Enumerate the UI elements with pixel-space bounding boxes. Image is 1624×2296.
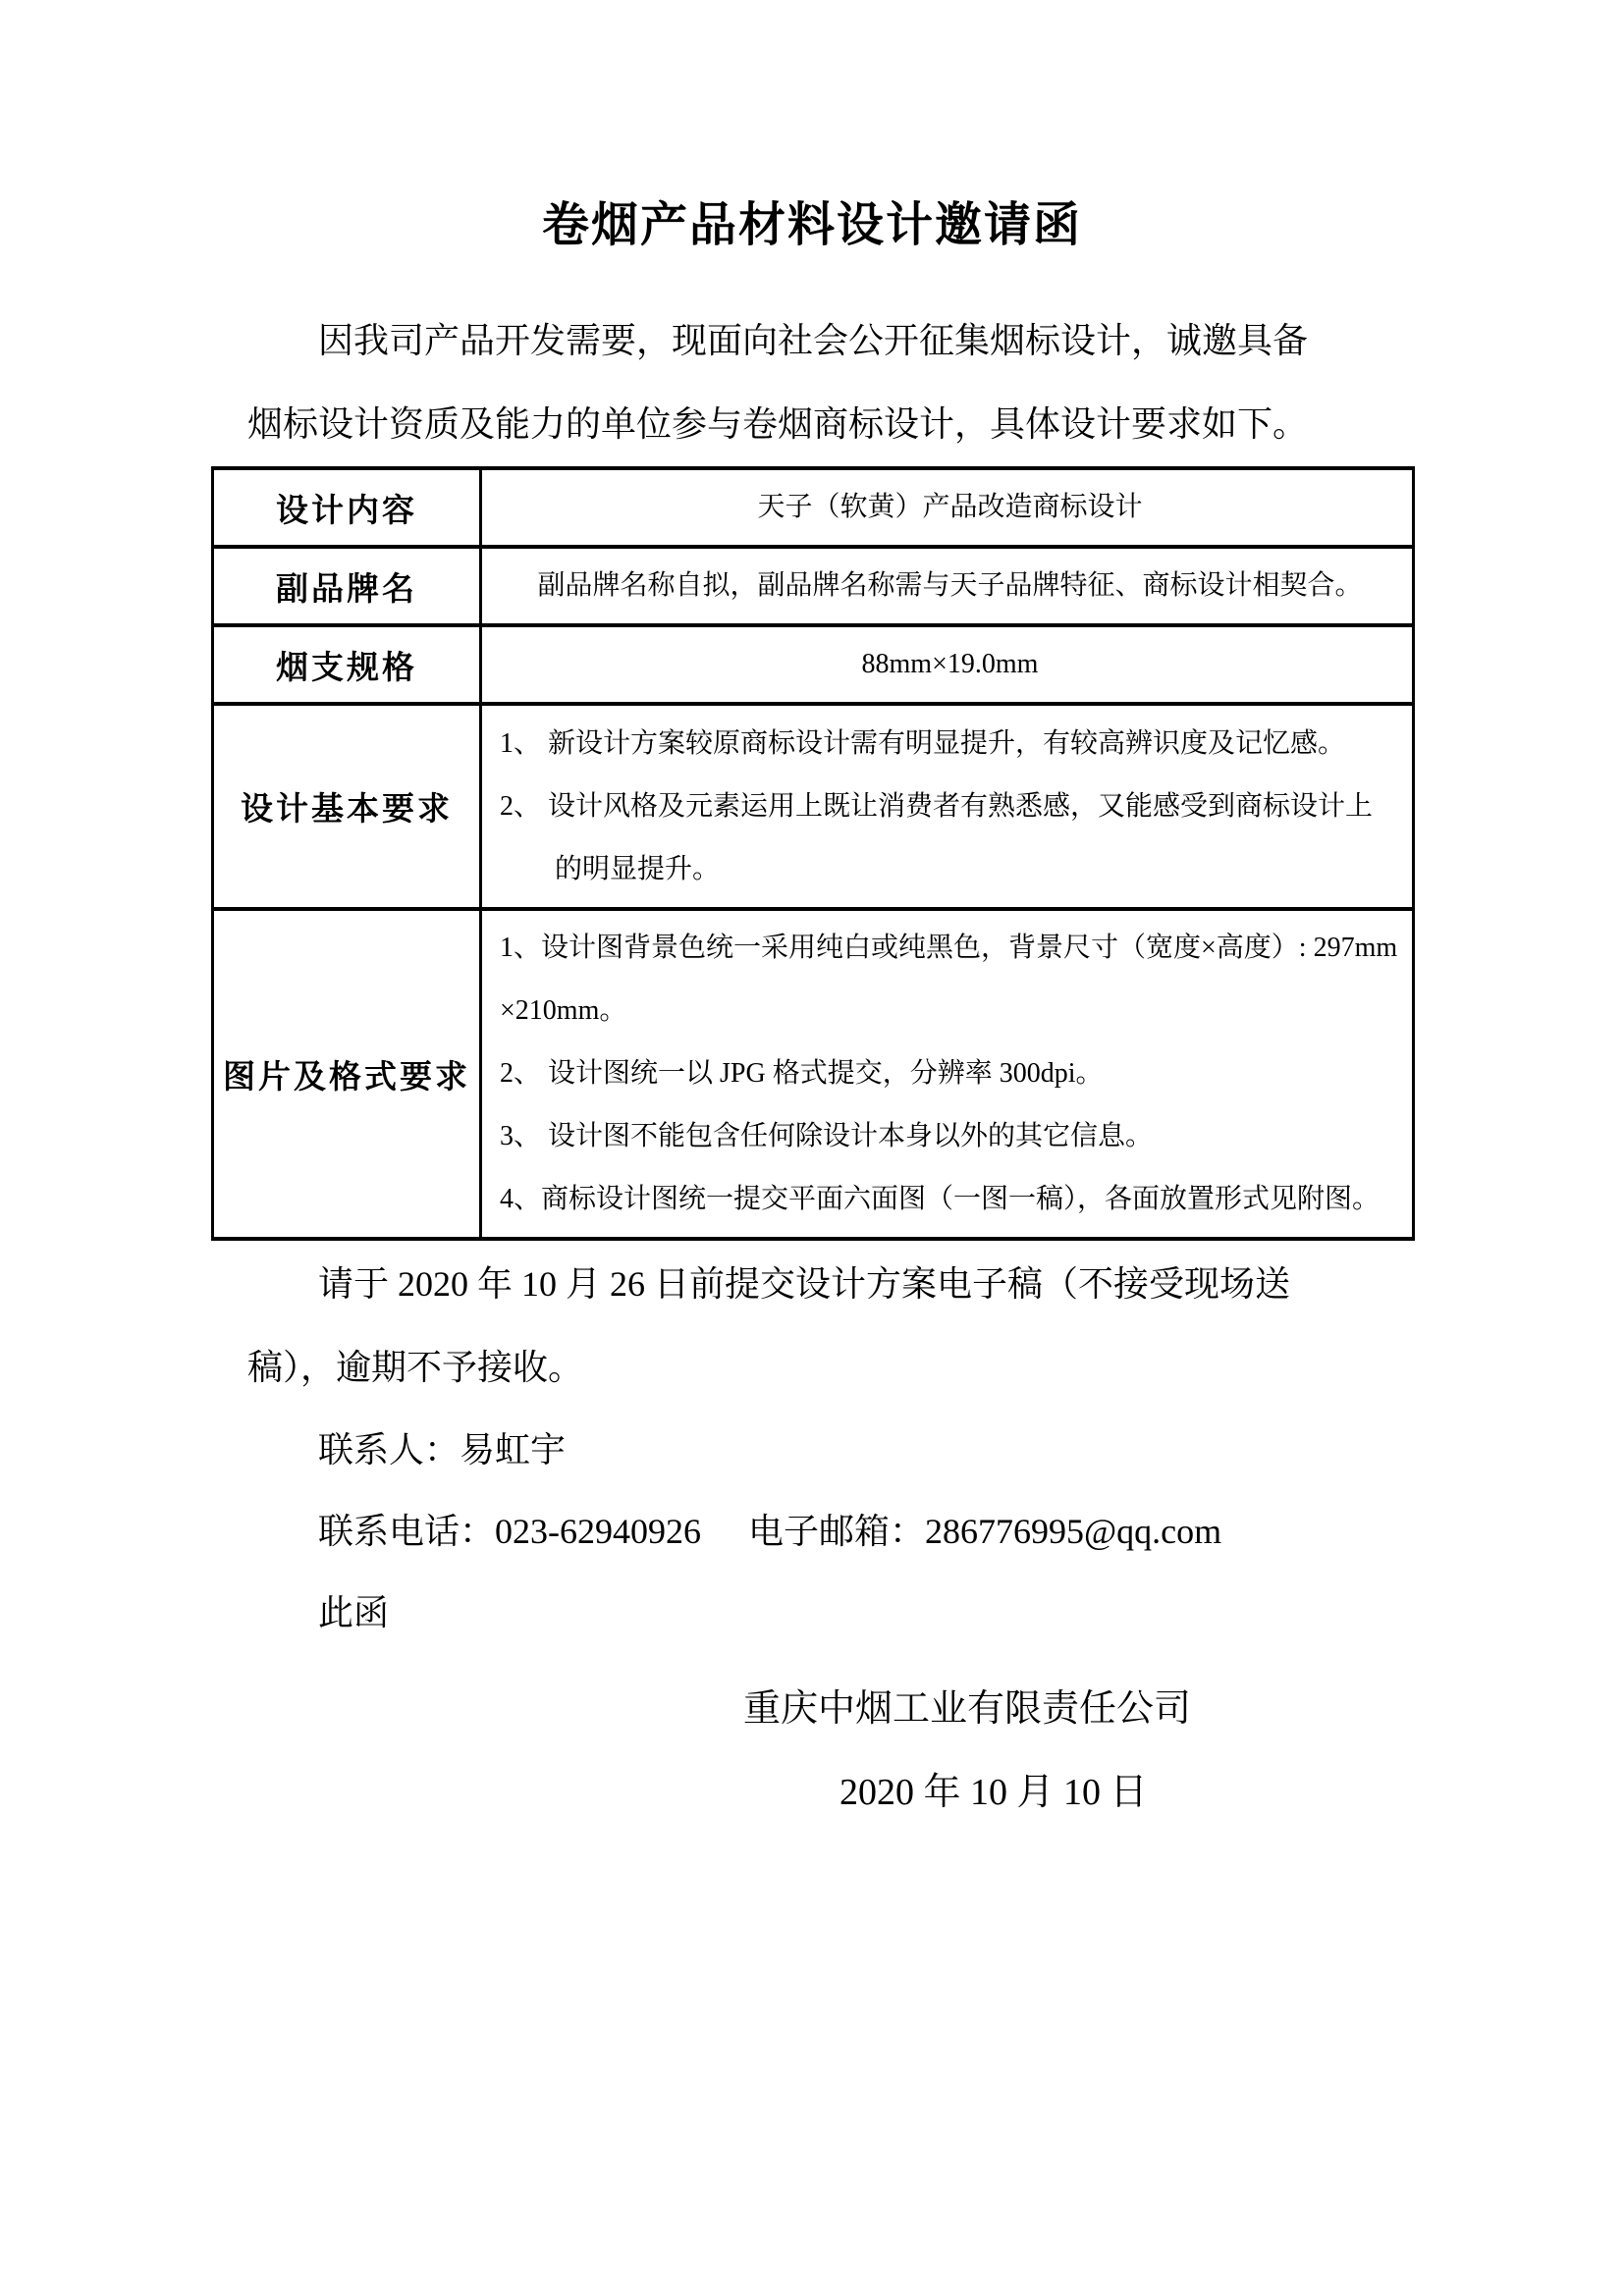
row-content: 1、设计图背景色统一采用纯白或纯黑色，背景尺寸（宽度×高度）: 297mm ×2… bbox=[481, 909, 1414, 1239]
content-line: 4、商标设计图统一提交平面六面图（一图一稿），各面放置形式见附图。 bbox=[500, 1168, 1400, 1231]
contact-block: 联系人：易虹宇 联系电话：023-62940926电子邮箱：286776995@… bbox=[247, 1410, 1386, 1654]
row-label: 副品牌名 bbox=[213, 547, 481, 625]
table-row-image-format-requirements: 图片及格式要求 1、设计图背景色统一采用纯白或纯黑色，背景尺寸（宽度×高度）: … bbox=[213, 909, 1414, 1239]
letter-note-line: 此函 bbox=[247, 1573, 1386, 1654]
contact-phone-email-line: 联系电话：023-62940926电子邮箱：286776995@qq.com bbox=[247, 1491, 1386, 1573]
row-content: 1、 新设计方案较原商标设计需有明显提升，有较高辨识度及记忆感。 2、 设计风格… bbox=[481, 704, 1414, 909]
content-line: 1、设计图背景色统一采用纯白或纯黑色，背景尺寸（宽度×高度）: 297mm bbox=[500, 917, 1400, 980]
table-row-design-content: 设计内容 天子（软黄）产品改造商标设计 bbox=[213, 468, 1414, 547]
row-label: 烟支规格 bbox=[213, 625, 481, 704]
intro-paragraph: 因我司产品开发需要，现面向社会公开征集烟标设计，诚邀具备 烟标设计资质及能力的单… bbox=[247, 299, 1386, 466]
content-line: 88mm×19.0mm bbox=[500, 633, 1400, 696]
table-row-basic-requirements: 设计基本要求 1、 新设计方案较原商标设计需有明显提升，有较高辨识度及记忆感。 … bbox=[213, 704, 1414, 909]
document-title: 卷烟产品材料设计邀请函 bbox=[0, 196, 1624, 255]
document-page: 卷烟产品材料设计邀请函 因我司产品开发需要，现面向社会公开征集烟标设计，诚邀具备… bbox=[0, 0, 1624, 2296]
content-line: 的明显提升。 bbox=[500, 838, 1400, 901]
row-content: 副品牌名称自拟，副品牌名称需与天子品牌特征、商标设计相契合。 bbox=[481, 547, 1414, 625]
closing-line: 请于 2020 年 10 月 26 日前提交设计方案电子稿（不接受现场送 bbox=[247, 1243, 1386, 1326]
content-line: 3、 设计图不能包含任何除设计本身以外的其它信息。 bbox=[500, 1105, 1400, 1168]
content-line: 2、 设计风格及元素运用上既让消费者有熟悉感，又能感受到商标设计上 bbox=[500, 775, 1400, 838]
signature-date: 2020 年 10 月 10 日 bbox=[839, 1751, 1624, 1835]
row-label: 图片及格式要求 bbox=[213, 909, 481, 1239]
intro-line: 因我司产品开发需要，现面向社会公开征集烟标设计，诚邀具备 bbox=[247, 299, 1386, 383]
intro-line: 烟标设计资质及能力的单位参与卷烟商标设计，具体设计要求如下。 bbox=[247, 383, 1386, 466]
row-label: 设计内容 bbox=[213, 468, 481, 547]
row-content: 天子（软黄）产品改造商标设计 bbox=[481, 468, 1414, 547]
contact-phone: 联系电话：023-62940926 bbox=[318, 1512, 701, 1551]
content-line: 2、 设计图统一以 JPG 格式提交，分辨率 300dpi。 bbox=[500, 1042, 1400, 1105]
signature-company: 重庆中烟工业有限责任公司 bbox=[743, 1668, 1624, 1751]
table-row-cigarette-spec: 烟支规格 88mm×19.0mm bbox=[213, 625, 1414, 704]
closing-paragraph: 请于 2020 年 10 月 26 日前提交设计方案电子稿（不接受现场送 稿），… bbox=[247, 1243, 1386, 1410]
content-line: 1、 新设计方案较原商标设计需有明显提升，有较高辨识度及记忆感。 bbox=[500, 713, 1400, 775]
row-content: 88mm×19.0mm bbox=[481, 625, 1414, 704]
closing-line: 稿），逾期不予接收。 bbox=[247, 1326, 1386, 1410]
requirements-table: 设计内容 天子（软黄）产品改造商标设计 副品牌名 副品牌名称自拟，副品牌名称需与… bbox=[211, 466, 1415, 1241]
contact-person-line: 联系人：易虹宇 bbox=[247, 1410, 1386, 1491]
row-label: 设计基本要求 bbox=[213, 704, 481, 909]
content-line: 副品牌名称自拟，副品牌名称需与天子品牌特征、商标设计相契合。 bbox=[500, 555, 1400, 617]
content-line: ×210mm。 bbox=[500, 980, 1400, 1042]
content-line: 天子（软黄）产品改造商标设计 bbox=[500, 476, 1400, 539]
table-row-sub-brand: 副品牌名 副品牌名称自拟，副品牌名称需与天子品牌特征、商标设计相契合。 bbox=[213, 547, 1414, 625]
contact-email: 电子邮箱：286776995@qq.com bbox=[748, 1512, 1221, 1551]
